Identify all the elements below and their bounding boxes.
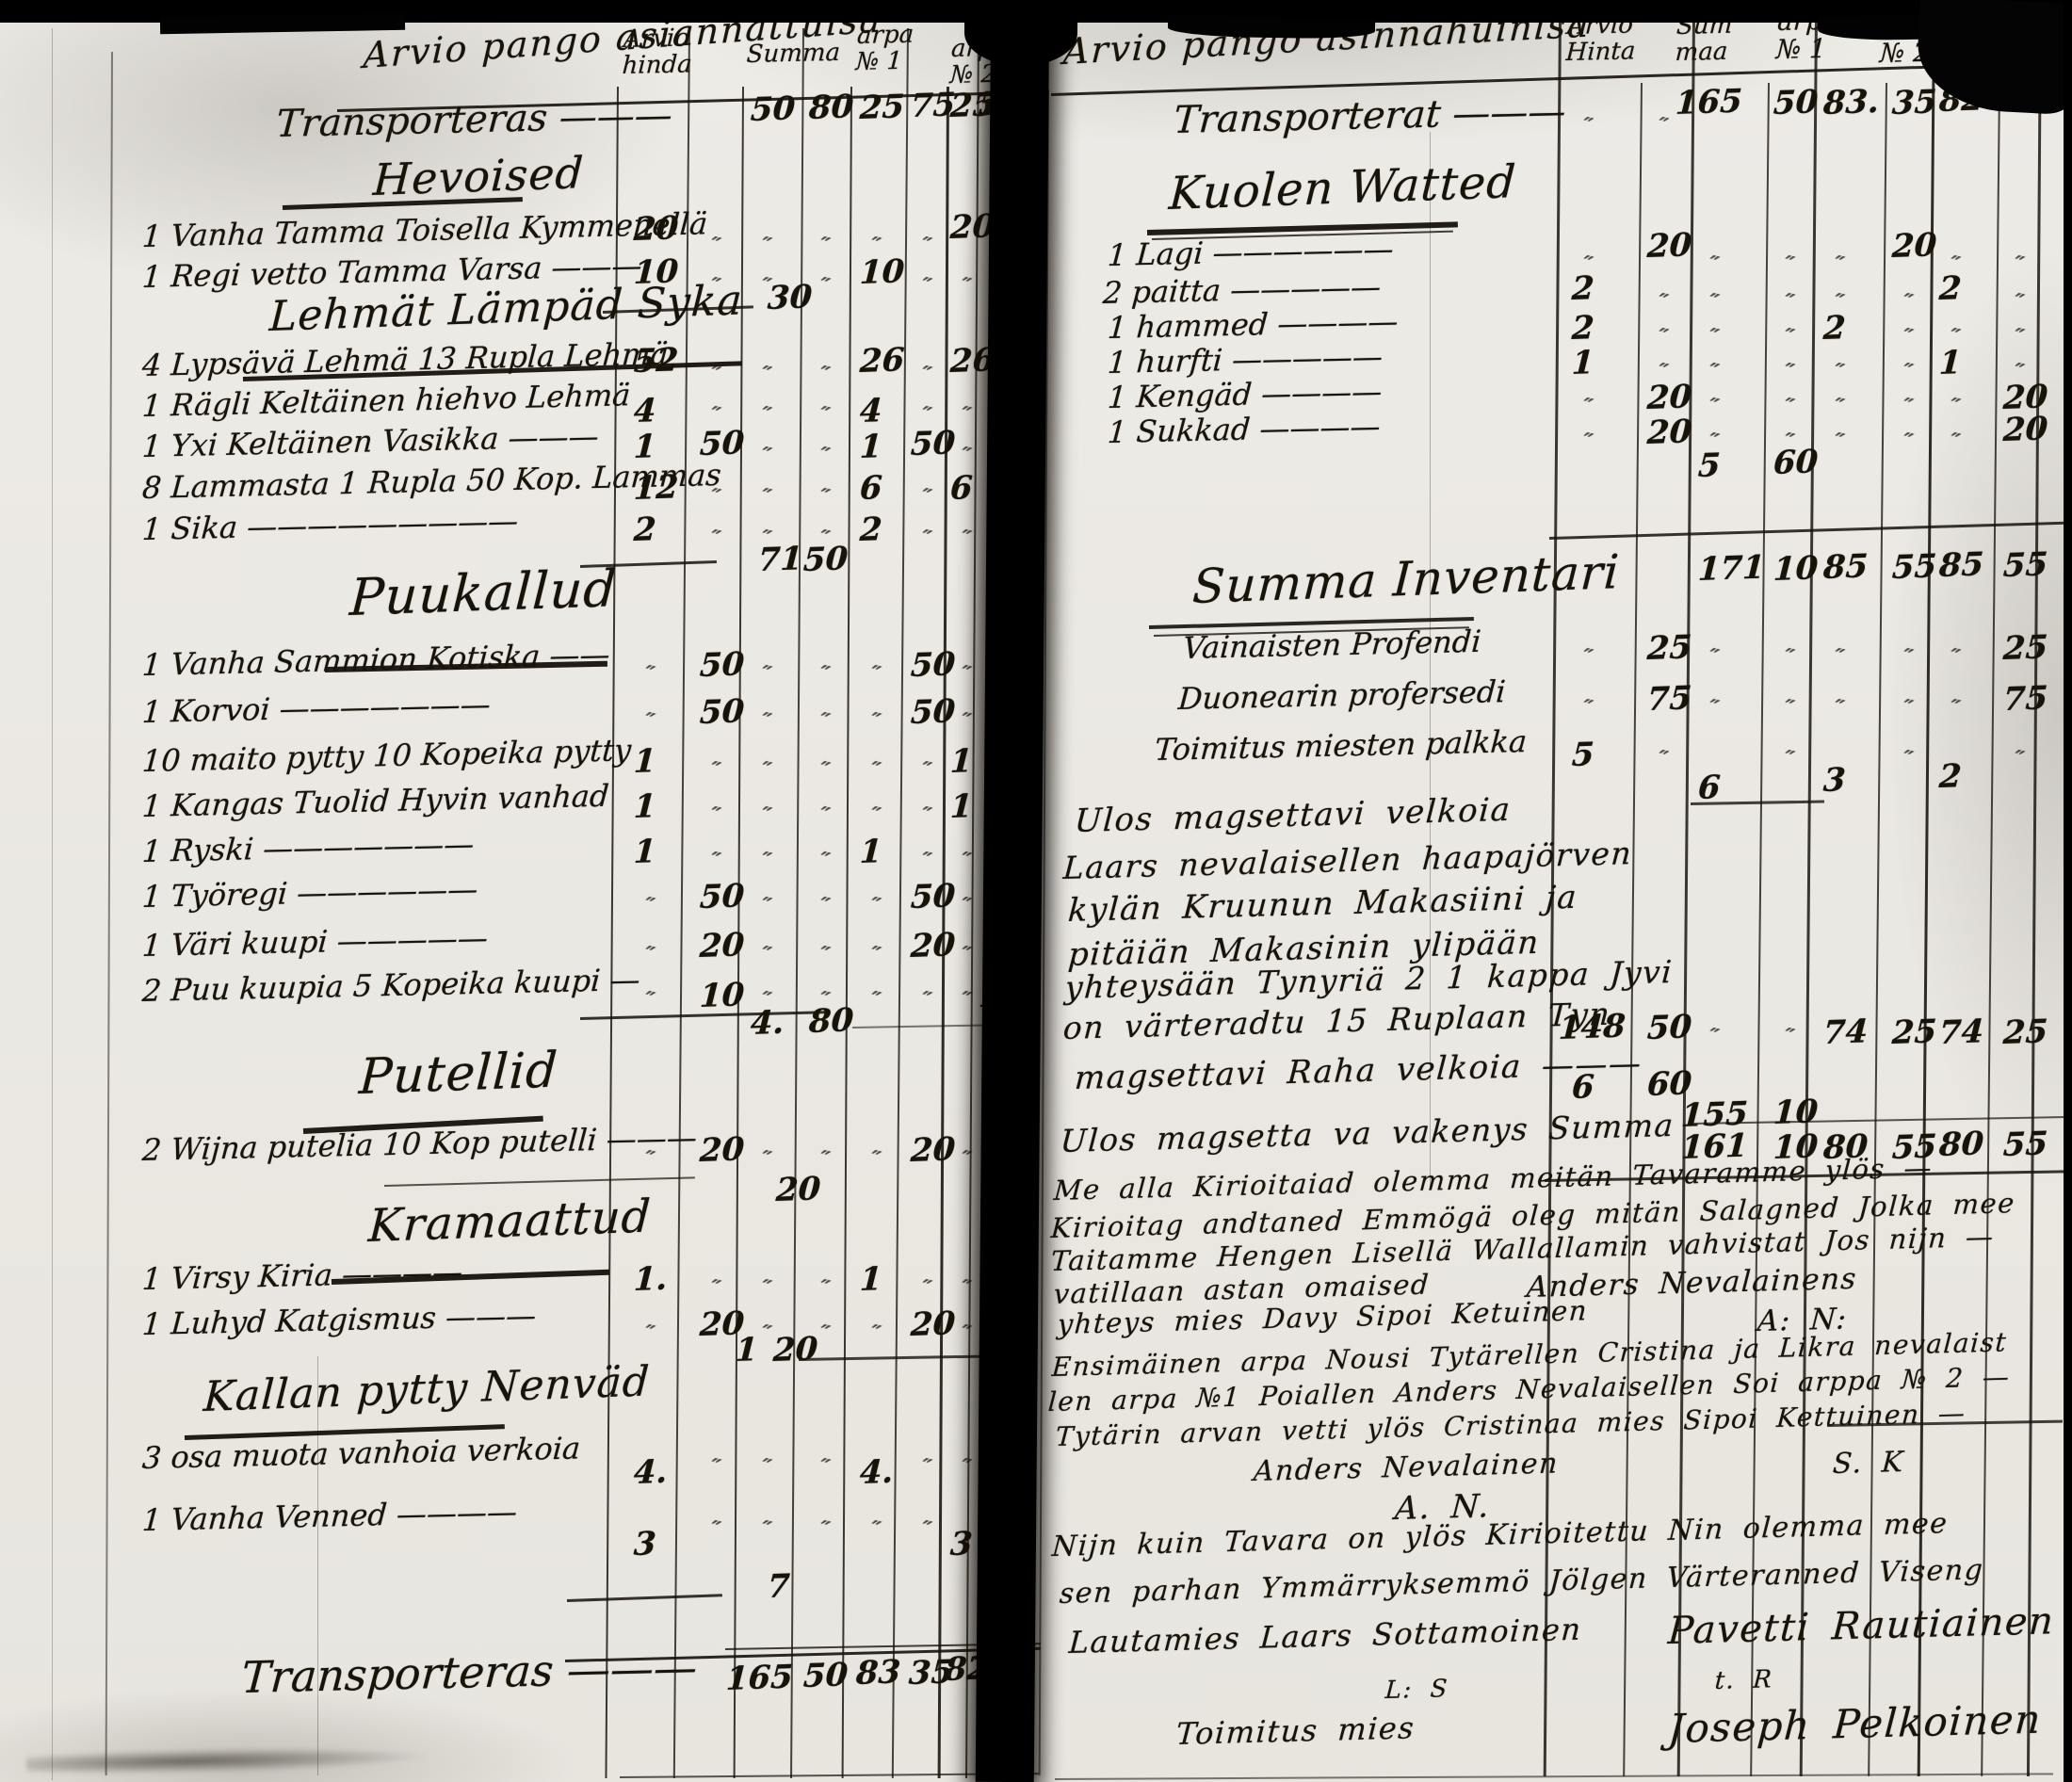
- ledger-amount: 50: [699, 427, 745, 461]
- section-heading: Kuolen Watted: [1168, 159, 1517, 217]
- ledger-entry: 1 Korvoi ———————: [141, 689, 492, 727]
- ledger-amount: 2: [1822, 312, 1846, 345]
- ledger-amount: 1: [1571, 347, 1594, 380]
- ledger-entry: Transporterat ———: [1173, 92, 1567, 139]
- section-heading: Kramaattud: [367, 1193, 653, 1249]
- manuscript-line: Toimitus mies: [1175, 1712, 1416, 1749]
- ledger-entry: 1 Väri kuupi —————: [141, 923, 489, 961]
- ledger-amount: 3: [1822, 764, 1846, 797]
- ledger-amount: 55: [2002, 548, 2048, 582]
- ledger-amount: 50: [910, 427, 956, 461]
- ledger-amount: 1: [633, 790, 656, 823]
- ledger-amount: 25: [859, 90, 905, 124]
- ledger-amount: 6: [1697, 771, 1721, 804]
- ledger-amount: 74: [1938, 1015, 1984, 1049]
- ledger-amount: 55: [2002, 1127, 2048, 1161]
- ledger-amount: 20: [1646, 229, 1692, 263]
- ledger-amount: 5: [1571, 738, 1594, 771]
- ledger-amount: 20: [699, 1133, 745, 1167]
- ledger-amount: 75: [2002, 682, 2048, 716]
- ledger-entry: 1 hurfti —————: [1107, 341, 1384, 378]
- ledger-amount: 50: [910, 648, 956, 682]
- ledger-entry: Transporteras ———: [275, 96, 673, 143]
- ledger-amount: 2: [1938, 272, 1962, 305]
- ledger-amount: 71: [757, 543, 803, 576]
- ledger-amount: 25: [2002, 631, 2048, 665]
- ledger-amount: 2: [1938, 760, 1962, 793]
- left-col-summa: Summa: [746, 40, 850, 68]
- ledger-amount: 4.: [750, 1007, 785, 1040]
- ledger-amount: 2: [633, 513, 656, 546]
- ledger-amount: 50: [750, 92, 796, 126]
- ledger-entry: Toimitus miesten palkka: [1154, 726, 1528, 765]
- ledger-amount: 50: [699, 648, 745, 682]
- ledger-amount: 20: [910, 929, 956, 963]
- page-right-edge: [2064, 0, 2072, 1782]
- ledger-amount: 80: [808, 90, 854, 124]
- ledger-amount: 5: [1697, 449, 1721, 482]
- ledger-amount: 83.: [1822, 86, 1880, 120]
- ledger-amount: 20: [699, 929, 745, 963]
- section-heading: Summa Inventari: [1191, 548, 1621, 610]
- manuscript-line: Anders Nevalainen: [1253, 1450, 1560, 1486]
- column-rule: [52, 28, 53, 1780]
- ledger-amount: 20: [910, 1133, 956, 1167]
- ledger-amount: 74: [1822, 1015, 1869, 1049]
- manuscript-line: L: S: [1384, 1677, 1449, 1703]
- ledger-amount: 165: [725, 1660, 794, 1695]
- ledger-amount: 85: [1938, 548, 1984, 582]
- ledger-amount: 6: [859, 472, 882, 505]
- ledger-amount: 165: [1675, 85, 1743, 120]
- ledger-amount: 25: [1891, 1015, 1937, 1049]
- ledger-amount: 50: [1773, 86, 1819, 120]
- ledger-amount: 50: [699, 880, 745, 914]
- ledger-amount: 50: [910, 880, 956, 914]
- ledger-entry: Duonearin profersedi: [1177, 676, 1507, 714]
- ledger-amount: 10: [1773, 1095, 1819, 1129]
- ledger-amount: 1: [949, 745, 973, 778]
- manuscript-line: S. K: [1832, 1449, 1905, 1479]
- ledger-amount: 20: [2002, 413, 2048, 446]
- ledger-amount: 35: [1891, 86, 1937, 120]
- ledger-amount: 4: [859, 395, 882, 428]
- manuscript-line: Joseph Pelkoinen: [1667, 1700, 2043, 1749]
- ledger-amount: 20: [1646, 381, 1692, 414]
- ledger-amount: 20: [633, 212, 679, 246]
- ledger-amount: 3: [633, 1528, 656, 1561]
- section-heading: Puukallud: [348, 563, 618, 624]
- ledger-amount: 20: [775, 1173, 821, 1207]
- ledger-entry: 3 osa muota vanhoia verkoia: [141, 1433, 581, 1473]
- ledger-amount: 20: [910, 1307, 956, 1341]
- ledger-amount: 26: [859, 344, 905, 378]
- ledger-amount: 83: [855, 1656, 901, 1690]
- ledger-amount: 1.: [633, 1263, 668, 1296]
- ledger-amount: 80: [808, 1004, 854, 1038]
- ledger-amount: 50: [802, 543, 849, 576]
- ledger-amount: 50: [1646, 1011, 1692, 1045]
- ledger-amount: 25: [1646, 631, 1692, 665]
- ledger-entry: 1 Sika —————————: [141, 506, 519, 544]
- ledger-amount: 3: [949, 1528, 973, 1561]
- ledger-amount: 1: [633, 745, 656, 778]
- ledger-amount: 80: [1938, 1127, 1984, 1161]
- ledger-amount: 1: [1938, 347, 1962, 380]
- ledger-amount: 1: [859, 430, 882, 463]
- ledger-amount: 1: [859, 1263, 882, 1296]
- ledger-amount: 85: [1822, 550, 1869, 584]
- ledger-entry: 1 Lagi ——————: [1107, 234, 1395, 270]
- ledger-amount: 60: [1773, 445, 1819, 479]
- left-col-arpa1: arpa № 1: [855, 21, 935, 75]
- ledger-amount: 75: [1646, 682, 1692, 716]
- ledger-amount: 12: [633, 471, 679, 505]
- ledger-amount: 30: [767, 281, 813, 315]
- ledger-amount: 171: [1697, 551, 1766, 586]
- ledger-amount: 50: [699, 695, 745, 729]
- section-heading: Putellid: [358, 1045, 559, 1102]
- ledger-amount: 1: [859, 835, 882, 868]
- ledger-entry: 1 Virsy Kiria ————: [141, 1256, 463, 1294]
- ledger-amount: 10: [699, 979, 745, 1012]
- ledger-amount: 20: [772, 1333, 818, 1367]
- ledger-amount: 60: [1646, 1067, 1692, 1101]
- ledger-amount: 1: [735, 1334, 758, 1367]
- ledger-entry: 2 paitta —————: [1102, 271, 1382, 308]
- ledger-entry: 1 Kengäd ————: [1107, 376, 1383, 413]
- ledger-entry: 1 Sukkad ————: [1107, 411, 1382, 447]
- ledger-amount: 20: [1646, 415, 1692, 449]
- ledger-amount: 55: [1891, 550, 1937, 584]
- ledger-amount: 2: [1571, 312, 1594, 345]
- ledger-entry: 1 Vanha Venned ————: [141, 1497, 518, 1535]
- ledger-amount: 2: [859, 513, 882, 546]
- section-heading: Hevoised: [372, 151, 585, 202]
- ledger-amount: 50: [802, 1659, 849, 1693]
- ledger-amount: 20: [1891, 229, 1937, 263]
- ledger-amount: 4.: [633, 1456, 668, 1489]
- ledger-entry: 1 Yxi Keltäinen Vasikka ———: [141, 421, 600, 462]
- ledger-amount: 7: [767, 1570, 790, 1603]
- ledger-amount: 52: [633, 344, 679, 378]
- column-rule: [317, 1356, 318, 1775]
- ledger-amount: 10: [1773, 552, 1819, 586]
- ledger-entry: 1 hammed ————: [1107, 306, 1399, 343]
- left-col-hinta: Arvio hinda: [622, 24, 715, 79]
- manuscript-line: t. R: [1714, 1667, 1773, 1693]
- manuscript-line: Pavetti Rautiainen: [1667, 1602, 2056, 1650]
- ledger-amount: 1: [633, 835, 656, 868]
- ledger-entry: Transporteras ———: [240, 1645, 699, 1699]
- ledger-amount: 50: [910, 695, 956, 729]
- ledger-entry: 1 Luhyd Katgismus ———: [141, 1300, 537, 1339]
- ledger-amount: 4: [633, 395, 656, 428]
- ledger-amount: 25: [2002, 1015, 2048, 1049]
- ledger-entry: 1 Ryski ———————: [141, 829, 475, 867]
- ledger-amount: 6: [949, 472, 973, 505]
- ledger-amount: 2: [1571, 272, 1594, 305]
- ledger-scan: Arvio pango asiannattuisa Arvio pango as…: [0, 0, 2072, 1782]
- ledger-amount: 4.: [859, 1456, 894, 1489]
- ledger-amount: 1: [949, 790, 973, 823]
- ledger-amount: 10: [859, 255, 905, 289]
- ledger-entry: Vainaisten Profendi: [1182, 626, 1482, 663]
- ledger-entry: 1 Työregi ——————: [141, 874, 478, 912]
